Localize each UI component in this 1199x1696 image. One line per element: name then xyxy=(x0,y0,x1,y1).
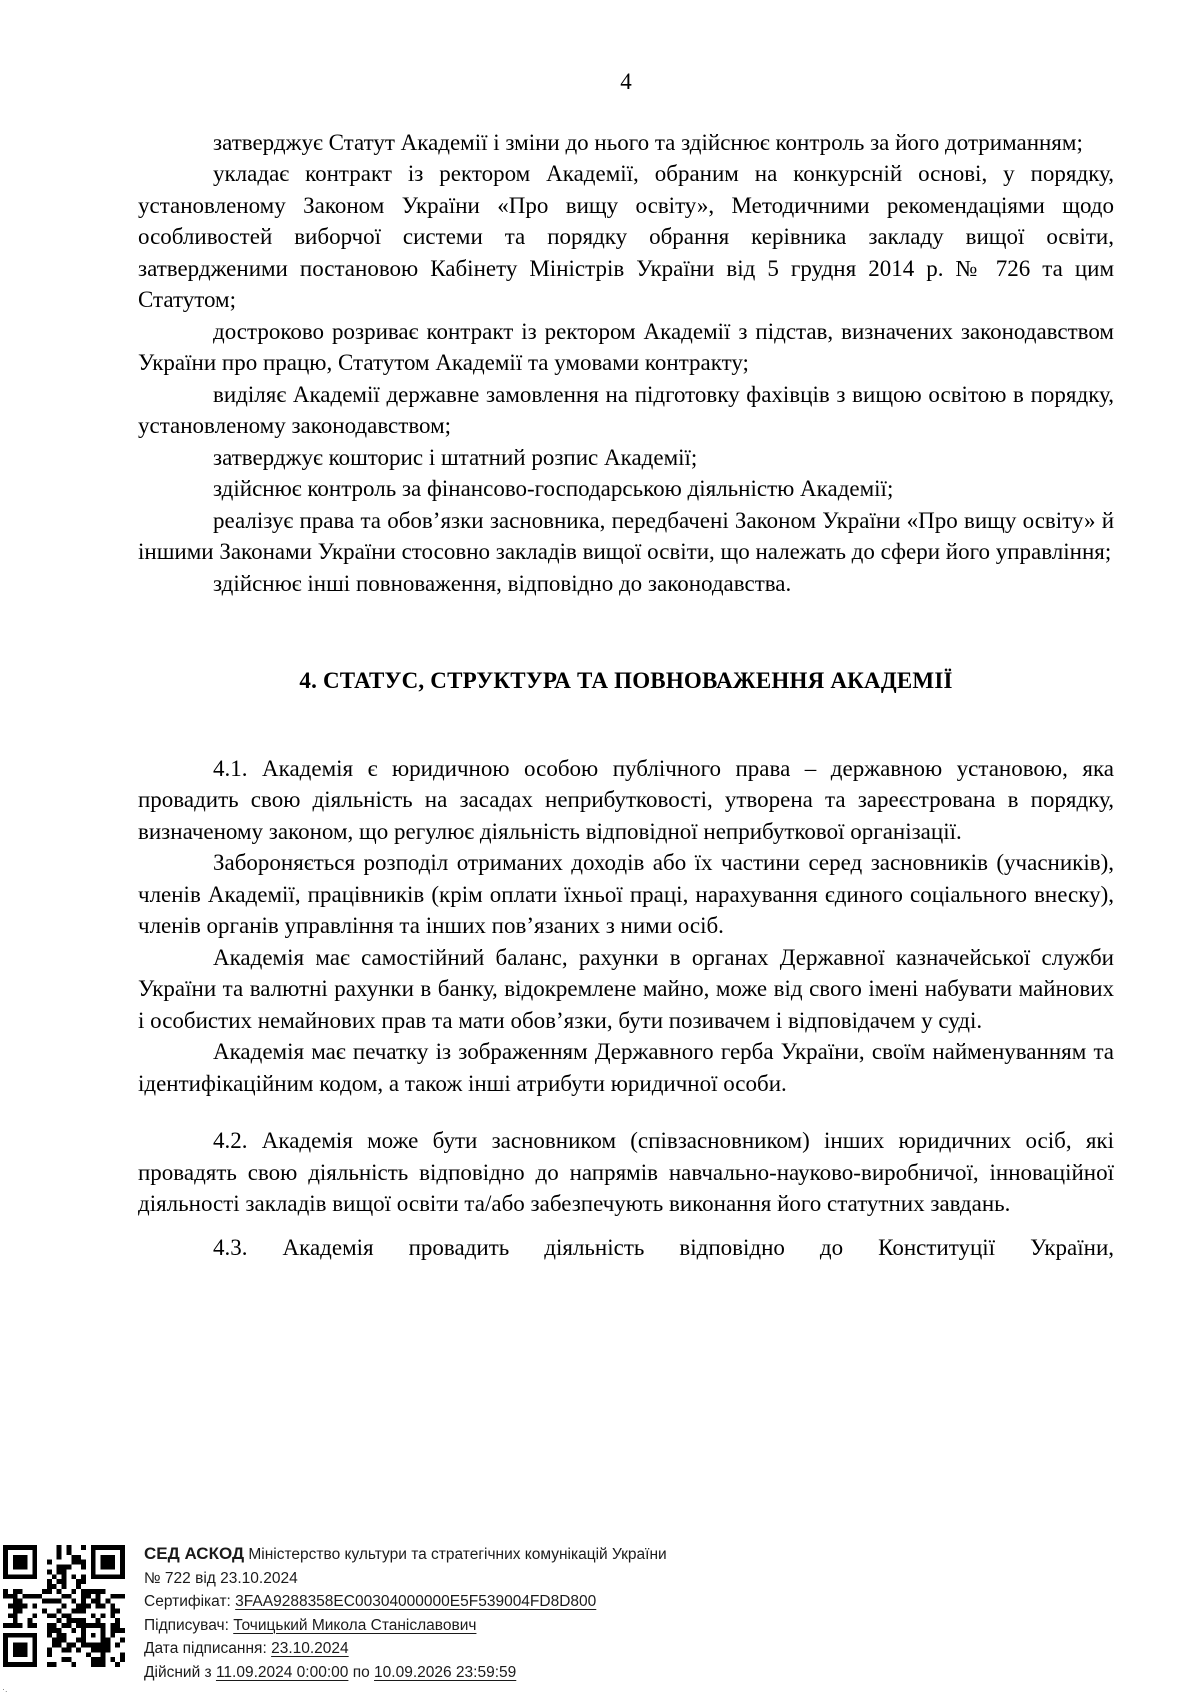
paragraph-duties-6: здійснює контроль за фінансово-господарс… xyxy=(138,473,1114,505)
signature-certificate-line: Сертифікат: 3FAA9288358EC00304000000E5F5… xyxy=(144,1590,904,1614)
section-heading: 4. СТАТУС, СТРУКТУРА ТА ПОВНОВАЖЕННЯ АКА… xyxy=(138,665,1114,697)
paragraph-4-1: 4.1. Академія є юридичною особою публічн… xyxy=(138,753,1114,848)
document-page: 4 затверджує Статут Академії і зміни до … xyxy=(0,0,1199,1696)
signature-system-org: Міністерство культури та стратегічних ко… xyxy=(248,1546,666,1563)
paragraph-duties-4: виділяє Академії державне замовлення на … xyxy=(138,379,1114,442)
signature-signer-line: Підписувач: Точицький Микола Станіславов… xyxy=(144,1614,904,1638)
signer-label: Підписувач: xyxy=(144,1617,229,1634)
validity-from: 11.09.2024 0:00:00 xyxy=(216,1664,348,1681)
paragraph-duties-8: здійснює інші повноваження, відповідно д… xyxy=(138,568,1114,600)
signature-system-name: СЕД АСКОД xyxy=(144,1544,244,1563)
paragraph-4-3: 4.3. Академія провадить діяльність відпо… xyxy=(138,1232,1114,1264)
paragraph-duties-3: достроково розриває контракт із ректором… xyxy=(138,316,1114,379)
paragraph-prohibition: Забороняється розподіл отриманих доходів… xyxy=(138,847,1114,942)
paragraph-duties-7: реалізує права та обов’язки засновника, … xyxy=(138,505,1114,568)
sign-date-value: 23.10.2024 xyxy=(271,1640,349,1657)
paragraph-duties-2: укладає контракт із ректором Академії, о… xyxy=(138,158,1114,316)
paragraph-duties-1: затверджує Статут Академії і зміни до нь… xyxy=(138,127,1114,159)
page-number: 4 xyxy=(138,66,1114,98)
certificate-label: Сертифікат: xyxy=(144,1593,231,1610)
qr-code-icon xyxy=(3,1545,125,1667)
signature-date-line: Дата підписання: 23.10.2024 xyxy=(144,1637,904,1661)
paragraph-seal: Академія має печатку із зображенням Держ… xyxy=(138,1036,1114,1099)
signature-system-line: СЕД АСКОД Міністерство культури та страт… xyxy=(144,1542,904,1567)
scan-artifact-dot: ·. xyxy=(2,1684,8,1694)
validity-conjunction: по xyxy=(353,1664,370,1681)
paragraph-balance: Академія має самостійний баланс, рахунки… xyxy=(138,942,1114,1037)
signer-value: Точицький Микола Станіславович xyxy=(233,1617,476,1634)
paragraph-duties-5: затверджує кошторис і штатний розпис Ака… xyxy=(138,442,1114,474)
signature-block: СЕД АСКОД Міністерство культури та страт… xyxy=(144,1542,904,1684)
validity-prefix: Дійсний з xyxy=(144,1664,212,1681)
signature-doc-number: № 722 від 23.10.2024 xyxy=(144,1567,904,1591)
signature-validity-line: Дійсний з 11.09.2024 0:00:00 по 10.09.20… xyxy=(144,1661,904,1685)
document-body: 4 затверджує Статут Академії і зміни до … xyxy=(138,66,1114,1263)
certificate-value: 3FAA9288358EC00304000000E5F539004FD8D800 xyxy=(235,1593,596,1610)
validity-to: 10.09.2026 23:59:59 xyxy=(374,1664,516,1681)
paragraph-4-2: 4.2. Академія може бути засновником (спі… xyxy=(138,1125,1114,1220)
sign-date-label: Дата підписання: xyxy=(144,1640,267,1657)
